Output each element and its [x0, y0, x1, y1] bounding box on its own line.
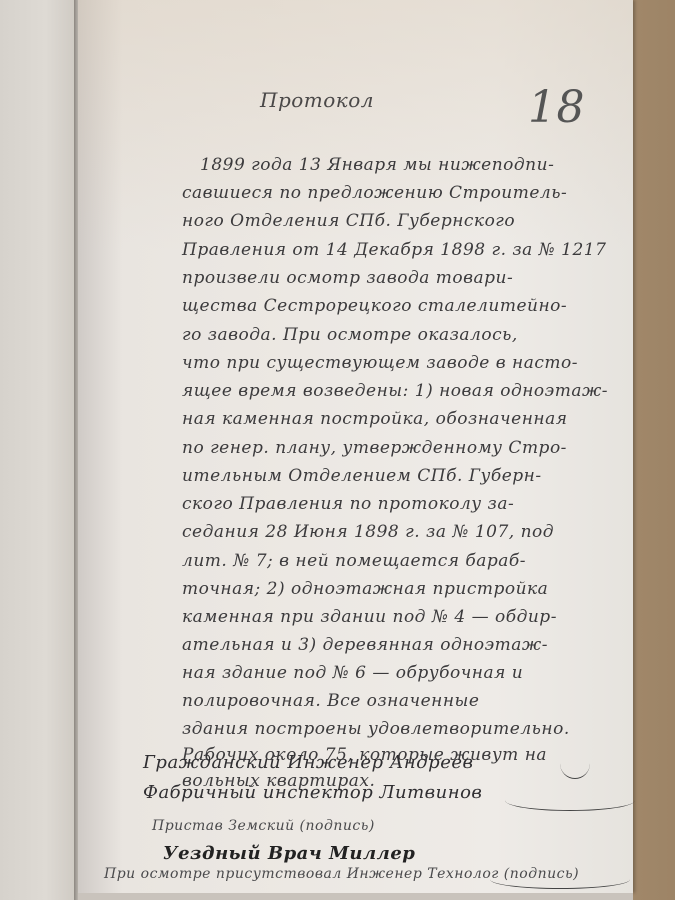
body-line: седания 28 Июня 1898 г. за № 107, под: [182, 522, 554, 542]
body-line: каменная при здании под № 4 — обдир-: [182, 607, 557, 627]
signature-flourish: [505, 790, 635, 811]
signature-factory-inspector: Фабричный инспектор Литвинов: [143, 782, 482, 803]
body-line: здания построены удовлетворительно.: [182, 719, 570, 739]
body-line: по генер. плану, утвержденному Стро-: [182, 438, 567, 458]
body-line: ная каменная постройка, обозначенная: [182, 409, 567, 429]
signature-zemsky-pristav: Пристав Земский (подпись): [152, 818, 375, 834]
signature-civil-engineer: Гражданский Инженер Андреев: [143, 752, 474, 773]
body-line: го завода. При осмотре оказалось,: [182, 325, 518, 345]
signature-district-doctor: Уездный Врач Миллер: [163, 843, 415, 864]
body-line: ительным Отделением СПб. Губерн-: [182, 466, 542, 486]
body-line: ательная и 3) деревянная одноэтаж-: [182, 635, 548, 655]
body-line: Правления от 14 Декабря 1898 г. за № 121…: [182, 240, 606, 260]
body-line: щества Сестрорецкого сталелитейно-: [182, 296, 567, 316]
document-title: Протокол: [260, 88, 374, 112]
page-edge: [78, 893, 633, 900]
left-facing-page: [0, 0, 76, 900]
body-line: точная; 2) одноэтажная пристройка: [182, 579, 548, 599]
body-line: лит. № 7; в ней помещается бараб-: [182, 551, 526, 571]
body-line: произвели осмотр завода товари-: [182, 268, 513, 288]
body-line: 1899 года 13 Января мы нижеподпи-: [200, 155, 554, 175]
body-line: полировочная. Все означенные: [182, 691, 479, 711]
body-line: ного Отделения СПб. Губернского: [182, 211, 515, 231]
body-line: ящее время возведены: 1) новая одноэтаж-: [182, 381, 608, 401]
body-line: что при существующем заводе в насто-: [182, 353, 578, 373]
folio-number: 18: [528, 82, 585, 133]
body-line: ная здание под № 6 — обрубочная и: [182, 663, 523, 683]
body-line: савшиеся по предложению Строитель-: [182, 183, 567, 203]
body-line: ского Правления по протоколу за-: [182, 494, 514, 514]
signature-flourish: [560, 748, 590, 779]
signature-flourish: [490, 870, 630, 889]
